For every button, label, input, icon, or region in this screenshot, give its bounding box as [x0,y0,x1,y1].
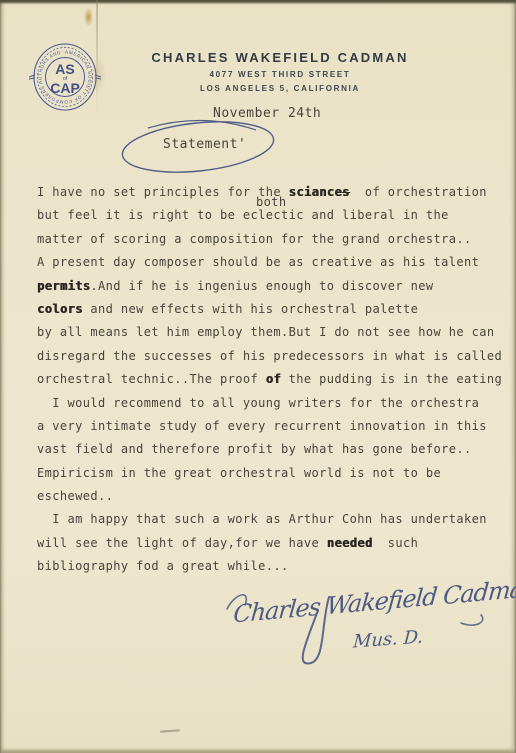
body-line: vast field and therefore profit by what … [37,438,497,461]
body-text: I have no set principles for the sciance… [37,181,497,579]
body-line: eschewed.. [37,485,497,508]
seal-as: AS [55,61,74,77]
body-line: will see the light of day,for we have ne… [37,532,497,555]
paper-smudge [92,55,106,95]
body-line: matter of scoring a composition for the … [37,228,497,251]
body-line: I am happy that such a work as Arthur Co… [37,508,497,531]
body-line: disregard the successes of his predecess… [37,345,497,368]
body-line: A present day composer should be as crea… [37,251,497,274]
letterhead-name: CHARLES WAKEFIELD CADMAN [110,50,450,65]
body-line: Empiricism in the great orchestral world… [37,462,497,485]
body-line: permits.And if he is ingenius enough to … [37,275,497,298]
paper-stain [84,8,93,26]
body-line: I would recommend to all young writers f… [37,392,497,415]
body-line: colors and new effects with his orchestr… [37,298,497,321]
pencil-mark [160,729,180,732]
letterhead: CHARLES WAKEFIELD CADMAN 4077 WEST THIRD… [110,50,450,93]
letterhead-city: LOS ANGELES 5, CALIFORNIA [110,84,450,93]
typed-insertion-both: both [256,195,287,209]
signature-block: Charles Wakefield Cadman Mus. D. [225,575,495,675]
letter-scan: AMERICAN SOCIETY OF COMPOSERS AUTHORS AN… [0,0,516,753]
body-line: a very intimate study of every recurrent… [37,415,497,438]
body-line: orchestral technic..The proof of the pud… [37,368,497,391]
letterhead-street: 4077 WEST THIRD STREET [110,70,450,79]
body-line: by all means let him employ them.But I d… [37,321,497,344]
statement-heading: Statement' [163,137,246,152]
seal-cap: CAP [50,80,80,96]
